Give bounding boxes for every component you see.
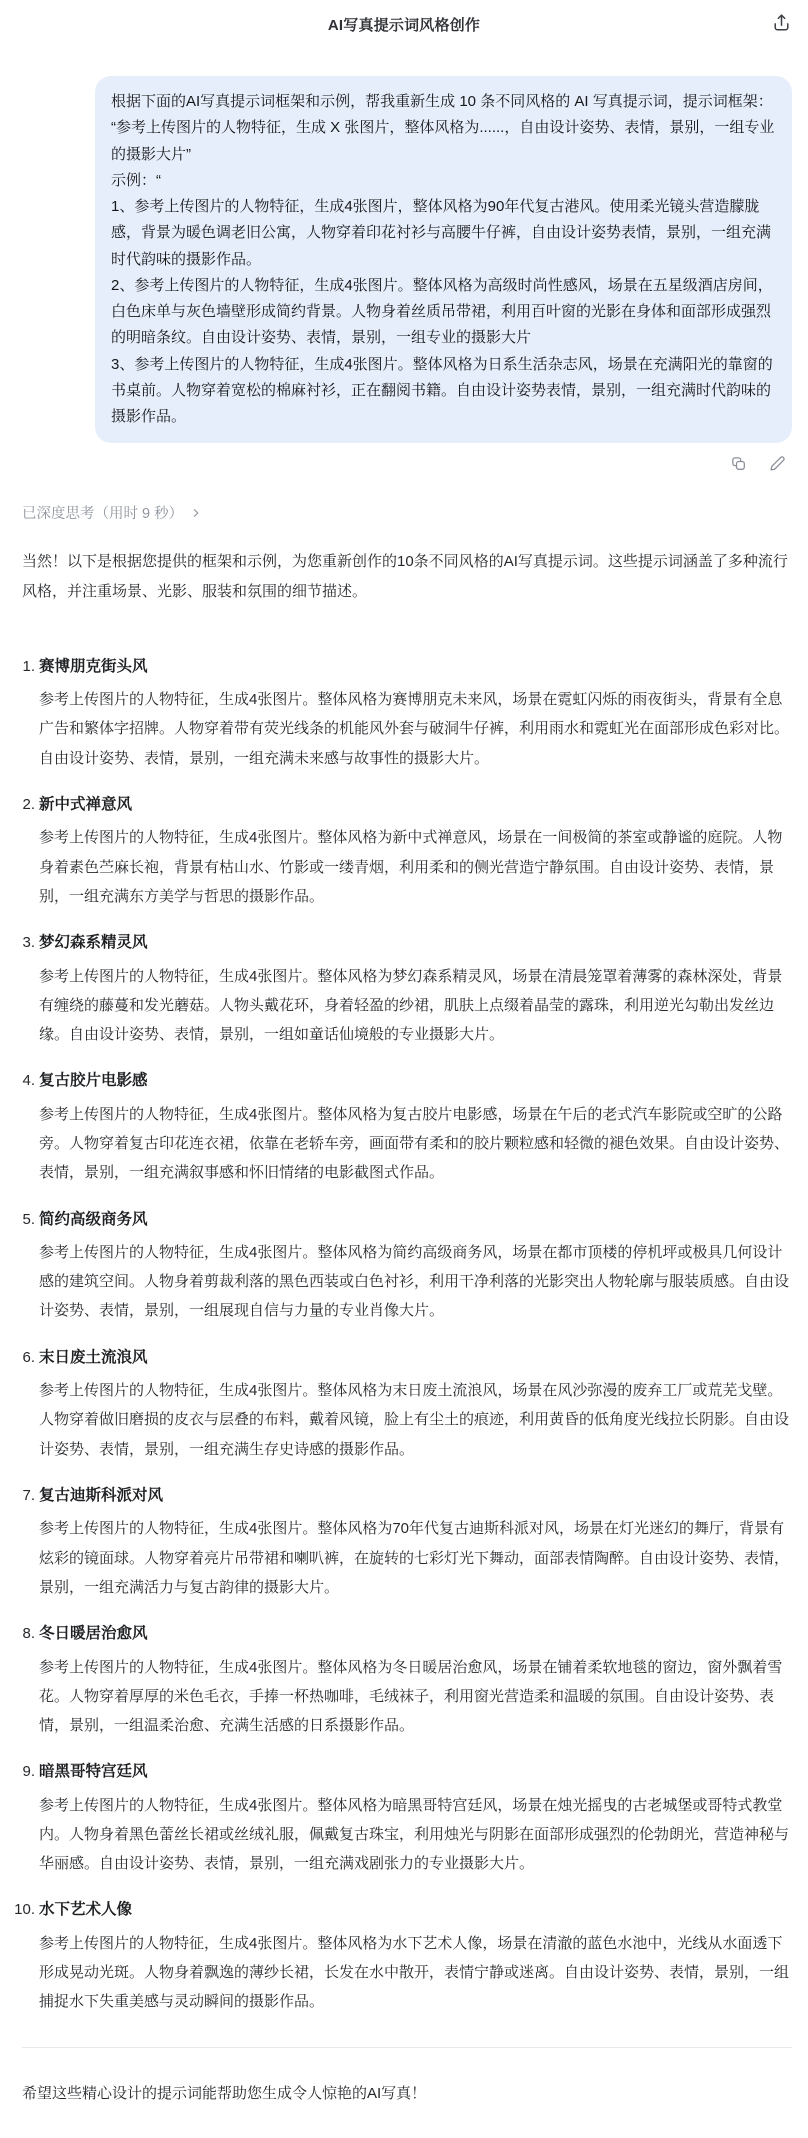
edit-button[interactable]: [765, 451, 790, 476]
user-message-group: 根据下面的AI写真提示词框架和示例，帮我重新生成 10 条不同风格的 AI 写真…: [22, 76, 792, 443]
style-item: 6.末日废土流浪风参考上传图片的人物特征，生成4张图片。整体风格为末日废土流浪风…: [22, 1343, 792, 1464]
copy-button[interactable]: [726, 451, 751, 476]
assistant-message: 已深度思考（用时 9 秒） 当然！以下是根据您提供的框架和示例，为您重新创作的1…: [22, 476, 792, 2108]
style-item-title: 水下艺术人像: [39, 1895, 792, 1924]
style-item-content: 新中式禅意风参考上传图片的人物特征，生成4张图片。整体风格为新中式禅意风，场景在…: [39, 790, 792, 911]
assistant-outro: 希望这些精心设计的提示词能帮助您生成令人惊艳的AI写真！: [22, 2080, 792, 2109]
thinking-label: 已深度思考（用时 9 秒）: [22, 502, 183, 523]
style-item-content: 复古迪斯科派对风参考上传图片的人物特征，生成4张图片。整体风格为70年代复古迪斯…: [39, 1481, 792, 1602]
assistant-intro: 当然！以下是根据您提供的框架和示例，为您重新创作的10条不同风格的AI写真提示词…: [22, 547, 792, 606]
style-item-title: 末日废土流浪风: [39, 1343, 792, 1372]
user-message-paragraph: 示例：“: [111, 168, 776, 194]
style-item-content: 末日废土流浪风参考上传图片的人物特征，生成4张图片。整体风格为末日废土流浪风，场…: [39, 1343, 792, 1464]
style-item-title: 冬日暖居治愈风: [39, 1619, 792, 1648]
upload-icon: [771, 12, 792, 33]
style-item: 1.赛博朋克街头风参考上传图片的人物特征，生成4张图片。整体风格为赛博朋克未来风…: [22, 652, 792, 773]
style-item-number: 6.: [9, 1343, 35, 1464]
style-item-title: 复古胶片电影感: [39, 1066, 792, 1095]
style-item-body: 参考上传图片的人物特征，生成4张图片。整体风格为复古胶片电影感，场景在午后的老式…: [39, 1100, 792, 1188]
style-item-body: 参考上传图片的人物特征，生成4张图片。整体风格为末日废土流浪风，场景在风沙弥漫的…: [39, 1376, 792, 1464]
style-item-content: 冬日暖居治愈风参考上传图片的人物特征，生成4张图片。整体风格为冬日暖居治愈风，场…: [39, 1619, 792, 1740]
style-item-body: 参考上传图片的人物特征，生成4张图片。整体风格为暗黑哥特宫廷风，场景在烛光摇曳的…: [39, 1791, 792, 1879]
style-item-number: 3.: [9, 928, 35, 1049]
style-item: 7.复古迪斯科派对风参考上传图片的人物特征，生成4张图片。整体风格为70年代复古…: [22, 1481, 792, 1602]
style-item-body: 参考上传图片的人物特征，生成4张图片。整体风格为70年代复古迪斯科派对风，场景在…: [39, 1514, 792, 1602]
style-item-body: 参考上传图片的人物特征，生成4张图片。整体风格为赛博朋克未来风，场景在霓虹闪烁的…: [39, 685, 792, 773]
style-item-number: 8.: [9, 1619, 35, 1740]
style-item-title: 暗黑哥特宫廷风: [39, 1757, 792, 1786]
style-item-content: 暗黑哥特宫廷风参考上传图片的人物特征，生成4张图片。整体风格为暗黑哥特宫廷风，场…: [39, 1757, 792, 1878]
style-item-number: 7.: [9, 1481, 35, 1602]
style-item-body: 参考上传图片的人物特征，生成4张图片。整体风格为简约高级商务风，场景在都市顶楼的…: [39, 1238, 792, 1326]
style-item-title: 赛博朋克街头风: [39, 652, 792, 681]
style-item: 8.冬日暖居治愈风参考上传图片的人物特征，生成4张图片。整体风格为冬日暖居治愈风…: [22, 1619, 792, 1740]
divider: [22, 2047, 792, 2048]
style-item-number: 1.: [9, 652, 35, 773]
page-header: AI写真提示词风格创作: [0, 0, 808, 48]
style-item-title: 简约高级商务风: [39, 1205, 792, 1234]
page-title: AI写真提示词风格创作: [328, 14, 480, 35]
style-item: 10.水下艺术人像参考上传图片的人物特征，生成4张图片。整体风格为水下艺术人像，…: [22, 1895, 792, 2016]
style-item-content: 复古胶片电影感参考上传图片的人物特征，生成4张图片。整体风格为复古胶片电影感，场…: [39, 1066, 792, 1187]
style-item-content: 赛博朋克街头风参考上传图片的人物特征，生成4张图片。整体风格为赛博朋克未来风，场…: [39, 652, 792, 773]
style-item-title: 复古迪斯科派对风: [39, 1481, 792, 1510]
style-item-content: 梦幻森系精灵风参考上传图片的人物特征，生成4张图片。整体风格为梦幻森系精灵风，场…: [39, 928, 792, 1049]
style-item-content: 水下艺术人像参考上传图片的人物特征，生成4张图片。整体风格为水下艺术人像，场景在…: [39, 1895, 792, 2016]
style-item-number: 5.: [9, 1205, 35, 1326]
user-message-bubble: 根据下面的AI写真提示词框架和示例，帮我重新生成 10 条不同风格的 AI 写真…: [95, 76, 792, 443]
style-item-title: 梦幻森系精灵风: [39, 928, 792, 957]
style-item: 2.新中式禅意风参考上传图片的人物特征，生成4张图片。整体风格为新中式禅意风，场…: [22, 790, 792, 911]
style-item-body: 参考上传图片的人物特征，生成4张图片。整体风格为新中式禅意风，场景在一间极简的茶…: [39, 823, 792, 911]
style-item-body: 参考上传图片的人物特征，生成4张图片。整体风格为梦幻森系精灵风，场景在清晨笼罩着…: [39, 962, 792, 1050]
style-item-number: 9.: [9, 1757, 35, 1878]
style-item-number: 4.: [9, 1066, 35, 1187]
style-item-number: 10.: [9, 1895, 35, 2016]
chat-area: 根据下面的AI写真提示词框架和示例，帮我重新生成 10 条不同风格的 AI 写真…: [0, 76, 808, 2138]
style-item: 3.梦幻森系精灵风参考上传图片的人物特征，生成4张图片。整体风格为梦幻森系精灵风…: [22, 928, 792, 1049]
user-message-paragraph: 2、参考上传图片的人物特征，生成4张图片。整体风格为高级时尚性感风，场景在五星级…: [111, 273, 776, 352]
message-actions: [22, 451, 790, 476]
style-list: 1.赛博朋克街头风参考上传图片的人物特征，生成4张图片。整体风格为赛博朋克未来风…: [22, 652, 792, 2017]
style-item: 4.复古胶片电影感参考上传图片的人物特征，生成4张图片。整体风格为复古胶片电影感…: [22, 1066, 792, 1187]
share-button[interactable]: [767, 8, 796, 37]
user-message-paragraph: 3、参考上传图片的人物特征，生成4张图片。整体风格为日系生活杂志风，场景在充满阳…: [111, 352, 776, 431]
style-item-title: 新中式禅意风: [39, 790, 792, 819]
user-message-paragraph: 1、参考上传图片的人物特征，生成4张图片，整体风格为90年代复古港风。使用柔光镜…: [111, 194, 776, 273]
style-item-body: 参考上传图片的人物特征，生成4张图片。整体风格为水下艺术人像，场景在清澈的蓝色水…: [39, 1929, 792, 2017]
style-item-content: 简约高级商务风参考上传图片的人物特征，生成4张图片。整体风格为简约高级商务风，场…: [39, 1205, 792, 1326]
copy-icon: [730, 455, 747, 472]
style-item: 5.简约高级商务风参考上传图片的人物特征，生成4张图片。整体风格为简约高级商务风…: [22, 1205, 792, 1326]
chevron-right-icon: [190, 507, 202, 519]
user-message-paragraph: 根据下面的AI写真提示词框架和示例，帮我重新生成 10 条不同风格的 AI 写真…: [111, 89, 776, 168]
style-item: 9.暗黑哥特宫廷风参考上传图片的人物特征，生成4张图片。整体风格为暗黑哥特宫廷风…: [22, 1757, 792, 1878]
thinking-toggle[interactable]: 已深度思考（用时 9 秒）: [22, 502, 202, 523]
style-item-number: 2.: [9, 790, 35, 911]
style-item-body: 参考上传图片的人物特征，生成4张图片。整体风格为冬日暖居治愈风，场景在铺着柔软地…: [39, 1653, 792, 1741]
edit-icon: [769, 455, 786, 472]
